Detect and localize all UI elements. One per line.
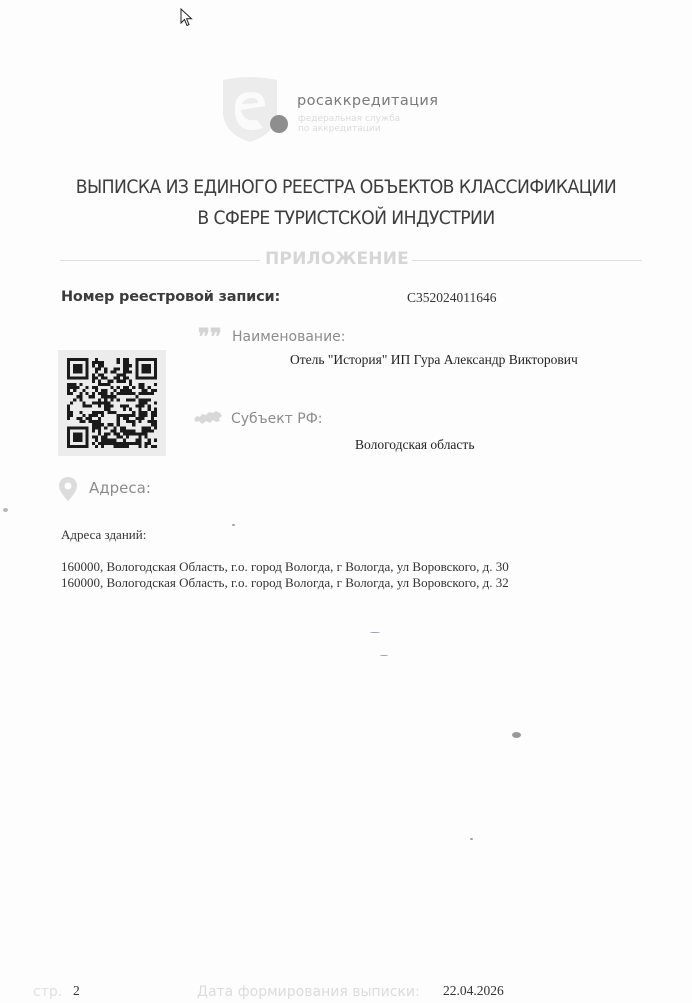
page-label: стр. [33,984,62,1000]
scan-speck [380,655,388,656]
qr-code-icon [58,350,166,456]
logo-subtitle: федеральная служба по аккредитации [298,114,400,134]
rosaccreditation-logo-icon [217,74,283,144]
scan-speck [370,632,380,633]
subject-value: Вологодская область [355,437,474,453]
generation-date-value: 22.04.2026 [443,983,504,999]
section-heading: ПРИЛОЖЕНИЕ [262,249,412,269]
subject-label: Субъект РФ: [231,411,322,427]
registry-number-label: Номер реестровой записи: [61,289,280,305]
name-label: Наименование: [232,329,346,345]
scan-speck [512,732,521,738]
divider-left [60,260,260,261]
mouse-pointer-icon [180,8,194,28]
name-value: Отель "История" ИП Гура Александр Виктор… [290,352,578,368]
buildings-addresses-label: Адреса зданий: [61,527,146,543]
location-pin-icon [58,476,78,502]
scan-speck [470,838,473,840]
logo-name: росаккредитация [297,93,438,109]
address-item: 160000, Вологодская Область, г.о. город … [61,559,509,575]
addresses-label: Адреса: [89,479,151,497]
title-line-1: ВЫПИСКА ИЗ ЕДИНОГО РЕЕСТРА ОБЪЕКТОВ КЛАС… [24,172,668,203]
title-line-2: В СФЕРЕ ТУРИСТСКОЙ ИНДУСТРИИ [24,203,668,234]
document-title: ВЫПИСКА ИЗ ЕДИНОГО РЕЕСТРА ОБЪЕКТОВ КЛАС… [24,172,668,234]
address-list: 160000, Вологодская Область, г.о. город … [61,559,509,591]
logo-subtitle-line1: федеральная служба [298,114,400,124]
page-number: 2 [73,983,80,999]
logo-dot [270,115,288,133]
scan-speck [232,524,235,526]
russia-map-icon [193,410,223,426]
divider-right [412,260,642,261]
quote-icon: ❞❞ [198,329,222,345]
registry-number-value: С352024011646 [407,290,497,306]
address-item: 160000, Вологодская Область, г.о. город … [61,575,509,591]
logo-subtitle-line2: по аккредитации [298,124,400,134]
generation-date-label: Дата формирования выписки: [197,984,420,1000]
scan-speck [3,508,8,512]
